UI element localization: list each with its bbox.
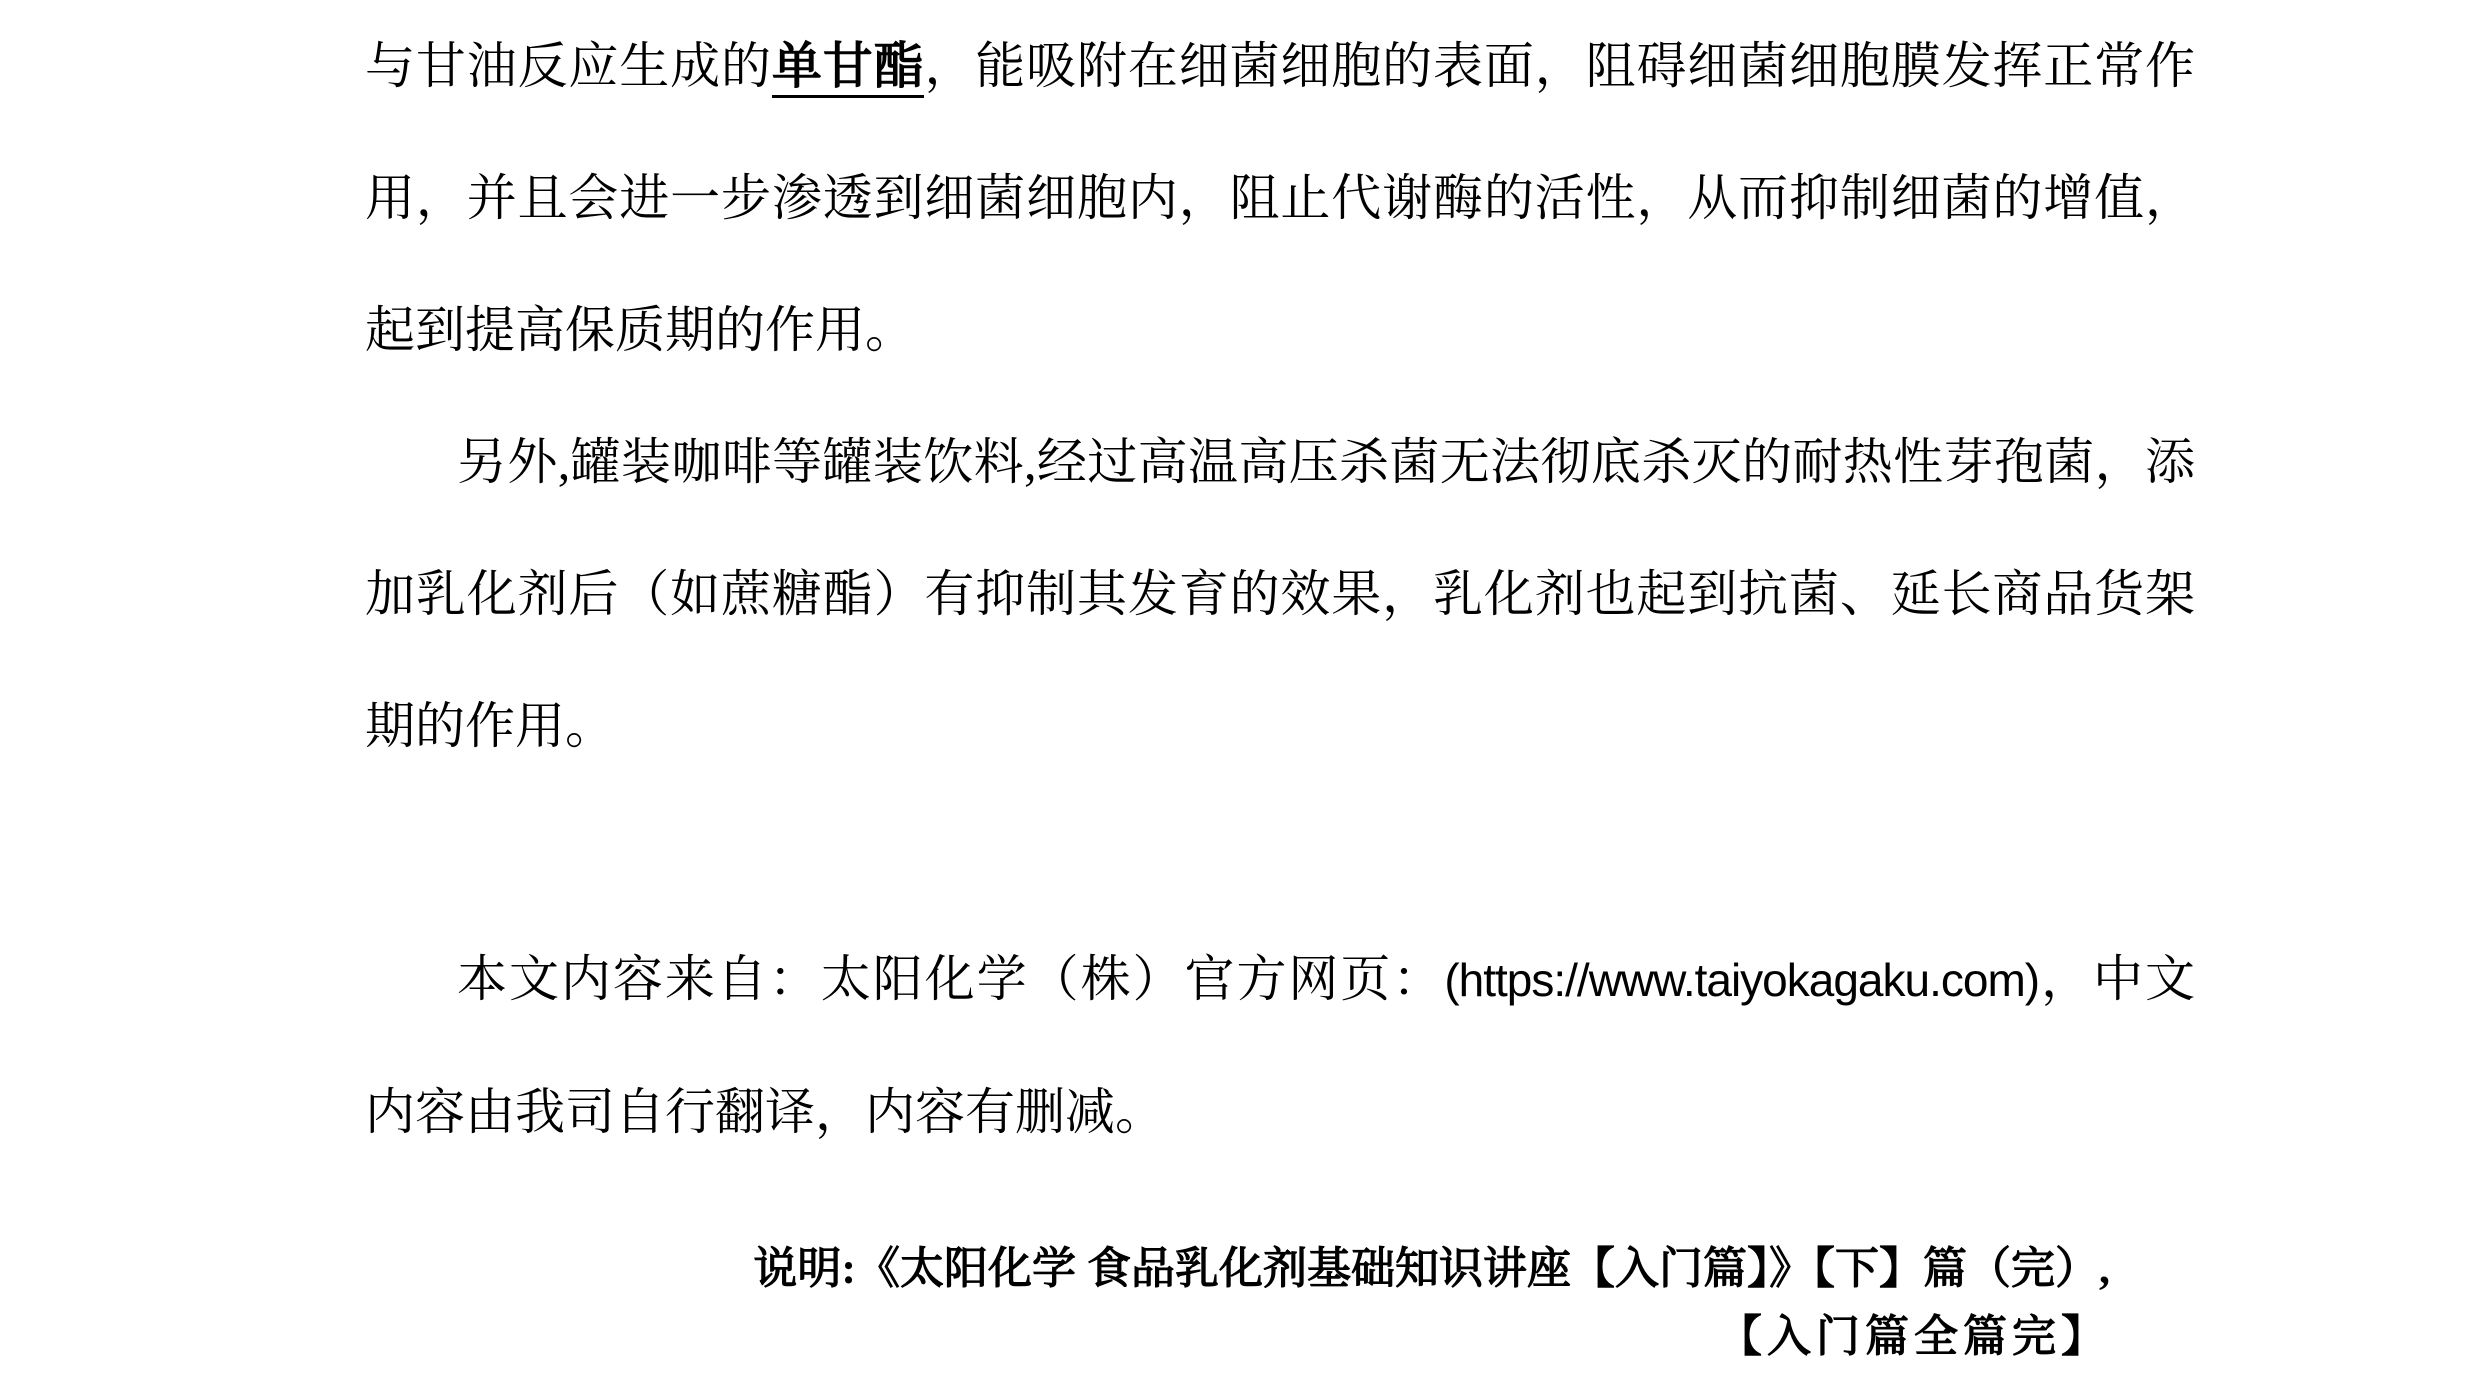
document-body: 与甘油反应生成的单甘酯，能吸附在细菌细胞的表面，阻碍细菌细胞膜发挥正常作用，并且…	[365, 0, 2195, 1371]
closing-note: 说明:《太阳化学 食品乳化剂基础知识讲座【入门篇】》【下】篇（完）, 【入门篇全…	[365, 1235, 2195, 1371]
source-url: (https://www.taiyokagaku.com)	[1444, 954, 2039, 1006]
paragraph-source-attribution: 本文内容来自：太阳化学（株）官方网页：(https://www.taiyokag…	[365, 913, 2195, 1178]
document-page: 与甘油反应生成的单甘酯，能吸附在细菌细胞的表面，阻碍细菌细胞膜发挥正常作用，并且…	[0, 0, 2480, 1387]
source-text-before-url: 本文内容来自：太阳化学（株）官方网页：	[457, 951, 1444, 1007]
term-monoglyceride: 单甘酯	[772, 38, 925, 98]
paragraph-monoglyceride-before-term: 与甘油反应生成的	[365, 38, 772, 94]
paragraph-canned-beverage: 另外,罐装咖啡等罐装饮料,经过高温高压杀菌无法彻底杀灭的耐热性芽孢菌，添加乳化剂…	[365, 396, 2195, 792]
closing-note-line-title: 说明:《太阳化学 食品乳化剂基础知识讲座【入门篇】》【下】篇（完）,	[365, 1235, 2110, 1303]
closing-note-line-end: 【入门篇全篇完】	[365, 1303, 2110, 1371]
paragraph-monoglyceride: 与甘油反应生成的单甘酯，能吸附在细菌细胞的表面，阻碍细菌细胞膜发挥正常作用，并且…	[365, 0, 2195, 396]
